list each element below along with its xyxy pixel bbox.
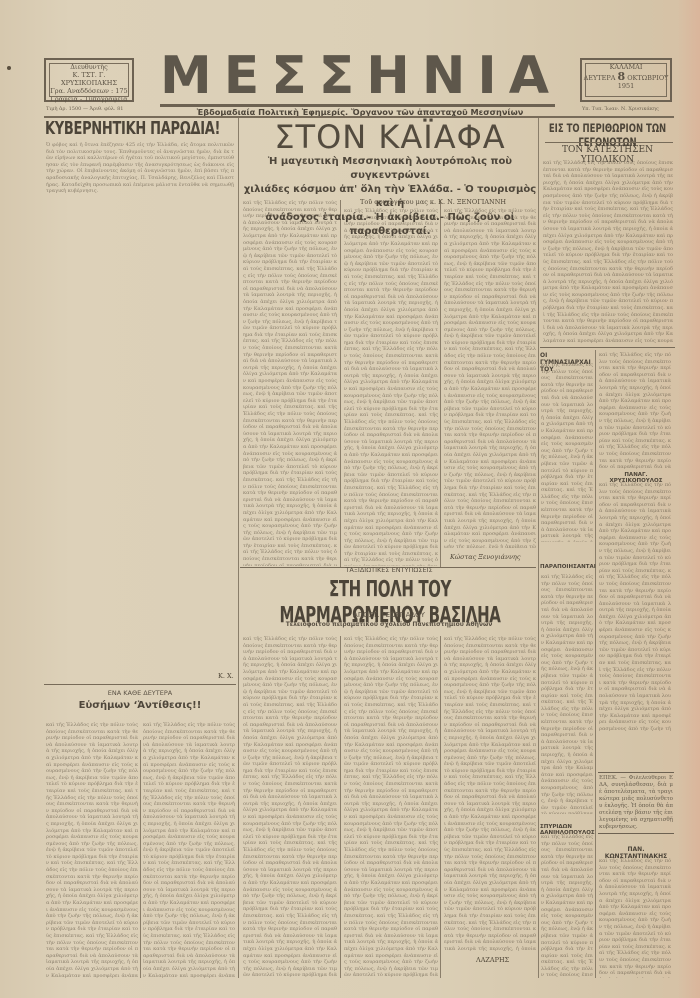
column-divider: [595, 350, 596, 978]
travel-author-note: Τελειοφοίτου πειραματικοῦ σχολείου Πανεπ…: [240, 621, 538, 628]
travel-body-col1: καὶ τῆς Ἑλλάδος εἰς τὴν πόλιν τοὺς ὁποίο…: [243, 636, 337, 978]
column-divider: [440, 636, 441, 978]
date-box: ΚΑΛΑΜΑΙ ΔΕΥΤΕΡΑ 8 ΟΚΤΩΒΡΙΟΥ 1951: [580, 58, 672, 102]
travel-author: ΑΠΟΣΤ. ΓΕΩΡΓΙΑΔΟΥ: [240, 611, 538, 619]
right-body-a: καὶ τῆς Ἑλλάδος εἰς τὴν πόλιν τοὺς ὁποίο…: [541, 362, 593, 542]
publisher-box: Διευθυντὴς Κ. ΤΣΤ. Γ. ΧΡΥΣΙΚΟΠΑΚΗΣ Γρα. …: [44, 58, 134, 102]
weekly-body-col2: καὶ τῆς Ἑλλάδος εἰς τὴν πόλιν τοὺς ὁποίο…: [143, 722, 235, 978]
travel-body-col3: καὶ τῆς Ἑλλάδος εἰς τὴν πόλιν τοὺς ὁποίο…: [444, 636, 536, 952]
weekly-kicker: ΕΝΑ ΚΑΘΕ ΔΕΥΤΕΡΑ: [44, 689, 236, 697]
rule: [540, 347, 675, 348]
feature-signature: Κώστας Ξενογιάννης: [450, 553, 520, 561]
epek-text: ΕΠΕΚ. — Φιλελεύθεροι ΕΔΑ, συνηλάσθεσαν, …: [599, 775, 673, 831]
weekly-headline: Εὐσήμων ‘Ἀντίθεσις!!: [45, 700, 235, 711]
right-body-c: καὶ τῆς Ἑλλάδος εἰς τὴν πόλιν τοὺς ὁποίο…: [599, 482, 671, 732]
column-divider: [440, 200, 441, 568]
newspaper-page: Διευθυντὴς Κ. ΤΣΤ. Γ. ΧΡΥΣΙΚΟΠΑΚΗΣ Γρα. …: [0, 0, 700, 998]
paper-edge: [678, 0, 700, 998]
feature-body-col3: καὶ τῆς Ἑλλάδος εἰς τὴν πόλιν τοὺς ὁποίο…: [444, 208, 536, 548]
right-body-e: καὶ τῆς Ἑλλάδος εἰς τὴν πόλιν τοὺς ὁποίο…: [541, 834, 593, 978]
column-divider: [340, 636, 341, 978]
feature-body-col1: καὶ τῆς Ἑλλάδος εἰς τὴν πόλιν τοὺς ὁποίο…: [243, 200, 337, 566]
deck-line: Ἡ μαγευτικὴ Μεσσηνιακὴ λουτρόπολις ποὺ σ…: [240, 155, 540, 183]
right-lead-body: καὶ τῆς Ἑλλάδος εἰς τὴν πόλιν τοὺς ὁποίο…: [543, 160, 673, 345]
printer-footnote: Υπ. Τυπ. Ἰωαν. Ν. Χρυσικάκης: [582, 106, 659, 112]
rule: [545, 142, 673, 143]
column-divider: [238, 118, 239, 978]
column-divider: [538, 118, 539, 978]
epek-box: ΕΠΕΚ. — Φιλελεύθεροι ΕΔΑ, συνηλάσθεσαν, …: [598, 772, 674, 834]
issue-footnote: Τιμὴ ἀρ. 1500 — Ἀριθ. φύλ. 81: [46, 106, 123, 112]
feature-headline: ΣΤΟΝ ΚΑΪΑΦΑ: [250, 119, 530, 155]
editorial-body: Ὁ φόβος καὶ ἡ ὅτινα ἐπέζησεν 425 εἰς τὴν…: [46, 142, 234, 670]
editorial-signature: Κ. Χ.: [218, 672, 234, 680]
travel-kicker: ΤΑΞΙΔΙΩΤΙΚΕΣ ΕΝΤΥΠΩΣΕΙΣ: [240, 566, 538, 574]
right-subhead-3: ΠΑΡΑΠΟΙΗΣΑΝΤΑΙ: [540, 564, 595, 570]
weekly-body-col1: καὶ τῆς Ἑλλάδος εἰς τὴν πόλιν τοὺς ὁποίο…: [46, 722, 138, 978]
right-body-f: καὶ τῆς Ἑλλάδος εἰς τὴν πόλιν τοὺς ὁποίο…: [599, 858, 671, 978]
travel-body-col2: καὶ τῆς Ἑλλάδος εἰς τὴν πόλιν τοὺς ὁποίο…: [344, 636, 438, 978]
editorial-headline: ΚΥΒΕΡΝΗΤΙΚΗ ΠΑΡΩΔΙΑ!: [45, 119, 232, 139]
right-body-b: καὶ τῆς Ἑλλάδος εἰς τὴν πόλιν τοὺς ὁποίο…: [599, 352, 671, 470]
feature-body-col2: καὶ τῆς Ἑλλάδος εἰς τὴν πόλιν τοὺς ὁποίο…: [344, 208, 438, 566]
feature-byline: Τοῦ συνεργάτου μας κ. Κ. Ν. ΞΕΝΟΓΙΑΝΝΗ: [360, 198, 506, 206]
travel-signature: ΛΑΖΑΡΗΣ: [476, 956, 509, 964]
punch-hole: [7, 66, 11, 70]
rule: [44, 684, 236, 685]
column-divider: [140, 740, 141, 978]
right-body-d: καὶ τῆς Ἑλλάδος εἰς τὴν πόλιν τοὺς ὁποίο…: [541, 574, 593, 814]
masthead-title: ΜΕΣΣΗΝΙΑ: [160, 50, 560, 102]
column-divider: [340, 200, 341, 568]
